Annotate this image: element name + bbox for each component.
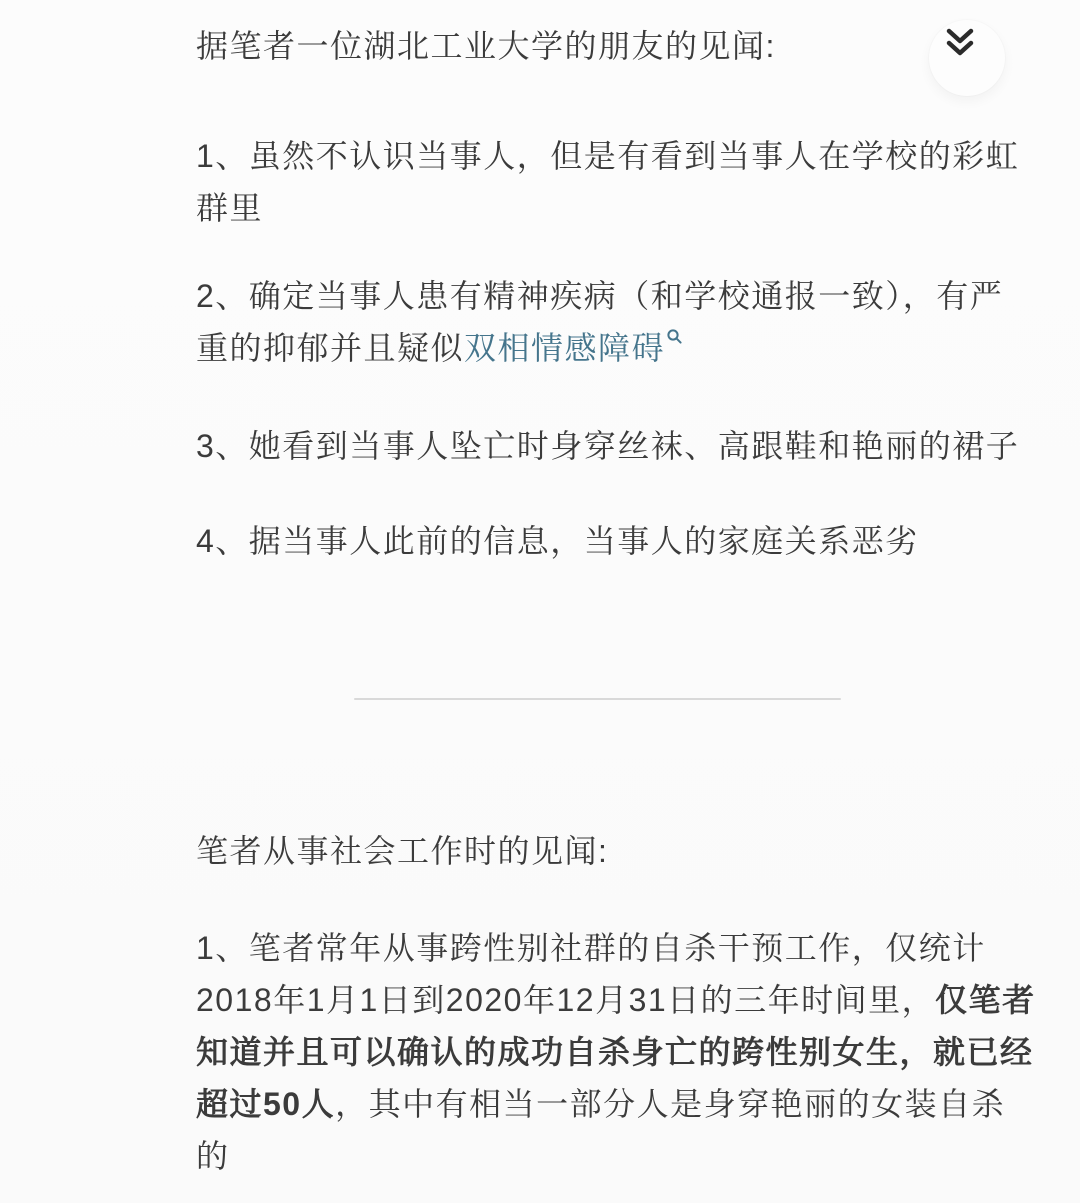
- text-line: 4、据当事人此前的信息，当事人的家庭关系恶劣: [196, 515, 1006, 567]
- text-run: 3、她看到当事人坠亡时身穿丝袜、高跟鞋和艳丽的裙子: [196, 428, 1019, 464]
- paragraph-item-4: 4、据当事人此前的信息，当事人的家庭关系恶劣: [196, 515, 1006, 567]
- text-run: 1、笔者常年从事跨性别社群的自杀干预工作，仅统计: [196, 930, 986, 966]
- paragraph-social-work: 1、笔者常年从事跨性别社群的自杀干预工作，仅统计2018年1月1日到2020年1…: [196, 922, 1006, 1182]
- text-line: 群里: [196, 182, 1006, 234]
- answer-page: 据笔者一位湖北工业大学的朋友的见闻: 1、虽然不认识当事人，但是有看到当事人在学…: [0, 0, 1080, 1203]
- text-line: 1、笔者常年从事跨性别社群的自杀干预工作，仅统计: [196, 922, 1006, 974]
- text-run: 4、据当事人此前的信息，当事人的家庭关系恶劣: [196, 523, 919, 559]
- paragraph-item-1: 1、虽然不认识当事人，但是有看到当事人在学校的彩虹群里: [196, 130, 1006, 234]
- text-line: 的: [196, 1130, 1006, 1182]
- section-divider: [354, 698, 841, 700]
- text-run: 2018年1月1日到2020年12月31日的三年时间里，: [196, 982, 935, 1018]
- section1-heading: 据笔者一位湖北工业大学的朋友的见闻:: [196, 20, 1006, 72]
- search-superscript-icon[interactable]: [666, 328, 683, 345]
- text-line: 1、虽然不认识当事人，但是有看到当事人在学校的彩虹: [196, 130, 1006, 182]
- text-run: 知道并且可以确认的成功自杀身亡的跨性别女生，就已经: [196, 1034, 1034, 1070]
- text-run: 的: [196, 1138, 230, 1174]
- text-line: 重的抑郁并且疑似双相情感障碍: [196, 322, 1006, 374]
- text-run: 群里: [196, 190, 263, 226]
- heading-text: 据笔者一位湖北工业大学的朋友的见闻:: [196, 20, 1006, 72]
- heading-text: 笔者从事社会工作时的见闻:: [196, 825, 1006, 877]
- text-line: 超过50人，其中有相当一部分人是身穿艳丽的女装自杀: [196, 1078, 1006, 1130]
- text-run: 超过50人: [196, 1086, 335, 1122]
- text-line: 2、确定当事人患有精神疾病（和学校通报一致），有严: [196, 270, 1006, 322]
- paragraph-item-2: 2、确定当事人患有精神疾病（和学校通报一致），有严重的抑郁并且疑似双相情感障碍: [196, 270, 1006, 374]
- text-run: ，其中有相当一部分人是身穿艳丽的女装自杀: [335, 1086, 1005, 1122]
- text-run: 1、虽然不认识当事人，但是有看到当事人在学校的彩虹: [196, 138, 1019, 174]
- text-run: 2、确定当事人患有精神疾病（和学校通报一致），有严: [196, 278, 1003, 314]
- text-line: 知道并且可以确认的成功自杀身亡的跨性别女生，就已经: [196, 1026, 1006, 1078]
- text-line: 2018年1月1日到2020年12月31日的三年时间里，仅笔者: [196, 974, 1006, 1026]
- paragraph-item-3: 3、她看到当事人坠亡时身穿丝袜、高跟鞋和艳丽的裙子: [196, 420, 1006, 472]
- text-run: 仅笔者: [935, 982, 1036, 1018]
- bipolar-disorder-link[interactable]: 双相情感障碍: [464, 330, 665, 366]
- text-run: 重的抑郁并且疑似: [196, 330, 464, 366]
- text-line: 3、她看到当事人坠亡时身穿丝袜、高跟鞋和艳丽的裙子: [196, 420, 1006, 472]
- section2-heading: 笔者从事社会工作时的见闻:: [196, 825, 1006, 877]
